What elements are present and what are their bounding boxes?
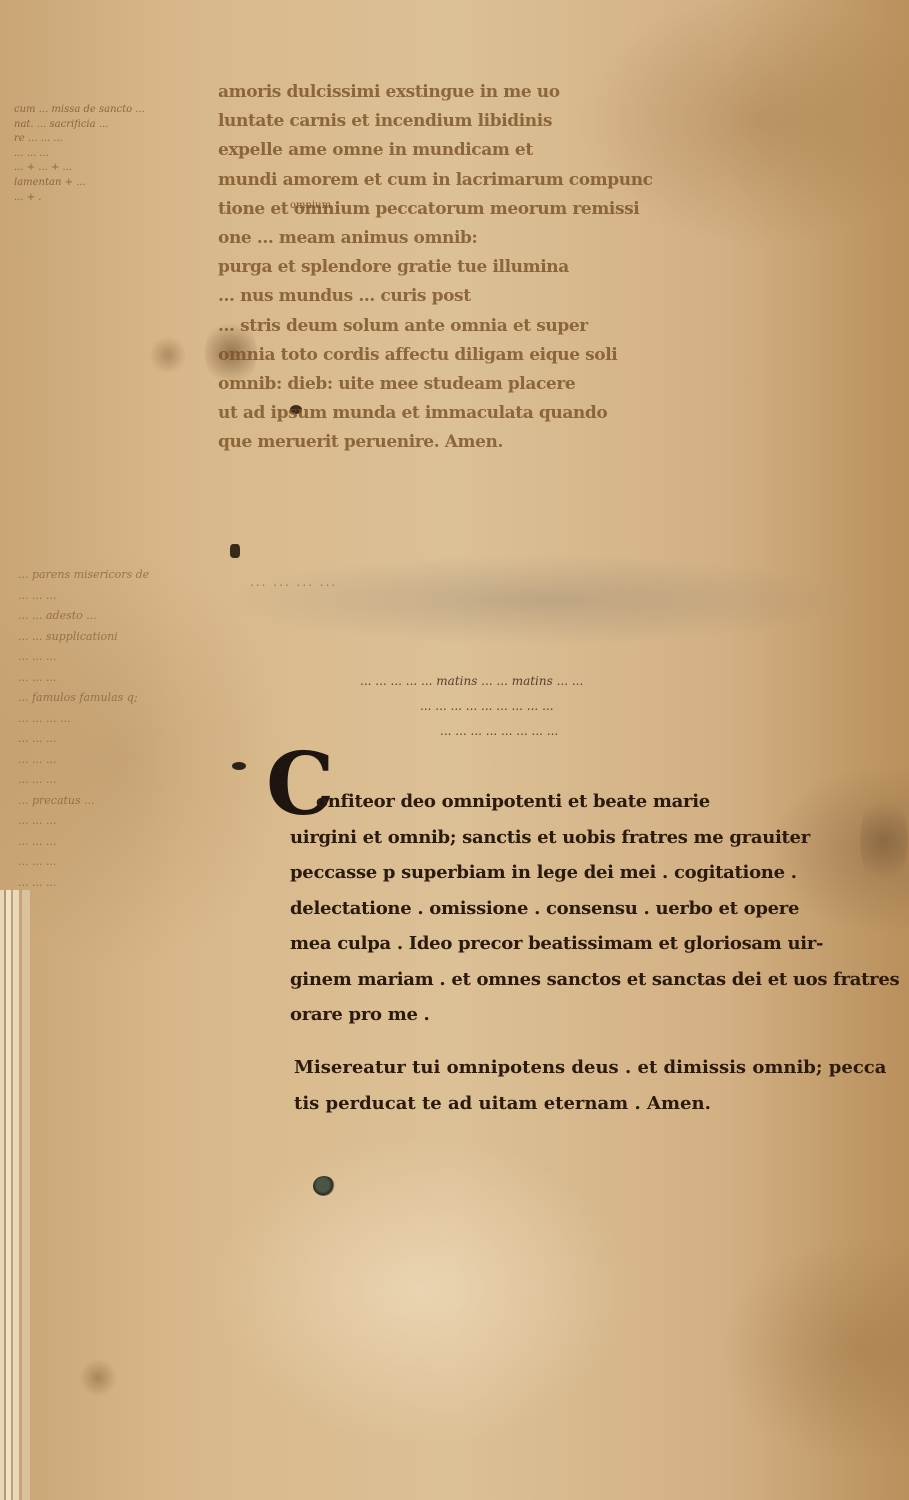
gloss-line: ... ... ...	[18, 811, 149, 832]
text-line: tis perducat te ad uitam eternam . Amen.	[294, 1086, 886, 1122]
gloss-line: ... ... ...	[18, 750, 149, 771]
text-line: ... nus mundus ... curis post	[218, 282, 653, 311]
text-line: onfiteor deo omnipotenti et beate marie	[290, 784, 899, 820]
text-line: omnia toto cordis affectu diligam eique …	[218, 341, 653, 370]
text-line: expelle ame omne in mundicam et	[218, 136, 653, 165]
text-line: ut ad ipsum munda et immaculata quando	[218, 399, 653, 428]
gloss-line: ... ... ...	[18, 729, 149, 750]
text-line: que meruerit peruenire. Amen.	[218, 428, 653, 457]
marginal-gloss-top: cum ... missa de sancto ... nat. ... sac…	[14, 103, 145, 205]
gloss-line: nat. ... sacrificia ...	[14, 118, 145, 133]
page-edge-stack	[0, 890, 30, 1500]
text-line: ... stris deum solum ante omnia et super	[218, 312, 653, 341]
ink-blot	[232, 762, 246, 770]
misereatur-text: Misereatur tui omnipotens deus . et dimi…	[294, 1050, 886, 1122]
interlinear-gloss: omnium	[290, 200, 331, 211]
neume-notation: ... ... ... ... ... matins ... ... matin…	[360, 674, 583, 749]
text-line: peccasse p superbiam in lege dei mei . c…	[290, 855, 899, 891]
gloss-line: ... ... supplicationi	[18, 627, 149, 648]
gloss-line: ... precatus ...	[18, 791, 149, 812]
text-line: one ... meam animus omnib:	[218, 224, 653, 253]
gloss-line: ... ... ...	[18, 586, 149, 607]
gloss-line: ... famulos famulas q;	[18, 688, 149, 709]
manuscript-page: cum ... missa de sancto ... nat. ... sac…	[0, 0, 909, 1500]
gloss-line: cum ... missa de sancto ...	[14, 103, 145, 118]
text-line: tione et omnium peccatorum meorum remiss…	[218, 195, 653, 224]
text-line: orare pro me .	[290, 997, 899, 1033]
gloss-line: ... ... ... ...	[18, 709, 149, 730]
gloss-line: ... ... ...	[18, 873, 149, 894]
gloss-line: ... + .	[14, 191, 145, 206]
gloss-line: ... + ... + ...	[14, 161, 145, 176]
marginal-gloss-left: ... parens misericors de ... ... ... ...…	[18, 565, 149, 893]
text-line: omnib: dieb: uite mee studeam placere	[218, 370, 653, 399]
text-line: uirgini et omnib; sanctis et uobis fratr…	[290, 820, 899, 856]
confiteor-text: onfiteor deo omnipotenti et beate marie …	[290, 784, 899, 1033]
text-line: luntate carnis et incendium libidinis	[218, 107, 653, 136]
ink-mark	[230, 544, 240, 558]
text-line: purga et splendore gratie tue illumina	[218, 253, 653, 282]
gloss-line: ... ... ...	[18, 852, 149, 873]
text-line: ginem mariam . et omnes sanctos et sanct…	[290, 962, 899, 998]
gloss-line: ... ... ...	[18, 668, 149, 689]
neume-line: ... ... ... ... ... matins ... ... matin…	[360, 674, 583, 699]
neume-line: ... ... ... ... ... ... ... ...	[360, 724, 583, 749]
text-line: amoris dulcissimi exstingue in me uo	[218, 78, 653, 107]
gloss-line: ... ... ...	[18, 770, 149, 791]
stain	[150, 335, 186, 375]
text-line: delectatione . omissione . consensu . ue…	[290, 891, 899, 927]
main-text-upper: amoris dulcissimi exstingue in me uo lun…	[218, 78, 653, 457]
text-line: mundi amorem et cum in lacrimarum compun…	[218, 166, 653, 195]
text-line: mea culpa . Ideo precor beatissimam et g…	[290, 926, 899, 962]
neume-line: ... ... ... ... ... ... ... ... ...	[360, 699, 583, 724]
gloss-line: ... parens misericors de	[18, 565, 149, 586]
stain	[78, 1360, 118, 1396]
gloss-line: ... ... ...	[18, 832, 149, 853]
parchment-hole	[313, 1176, 335, 1196]
text-line: Misereatur tui omnipotens deus . et dimi…	[294, 1050, 886, 1086]
gloss-line: ... ... adesto ...	[18, 606, 149, 627]
erased-line: ... ... ... ...	[250, 575, 337, 589]
gloss-line: ... ... ...	[14, 147, 145, 162]
gloss-line: lamentan + ...	[14, 176, 145, 191]
gloss-line: re ... ... ...	[14, 132, 145, 147]
gloss-line: ... ... ...	[18, 647, 149, 668]
